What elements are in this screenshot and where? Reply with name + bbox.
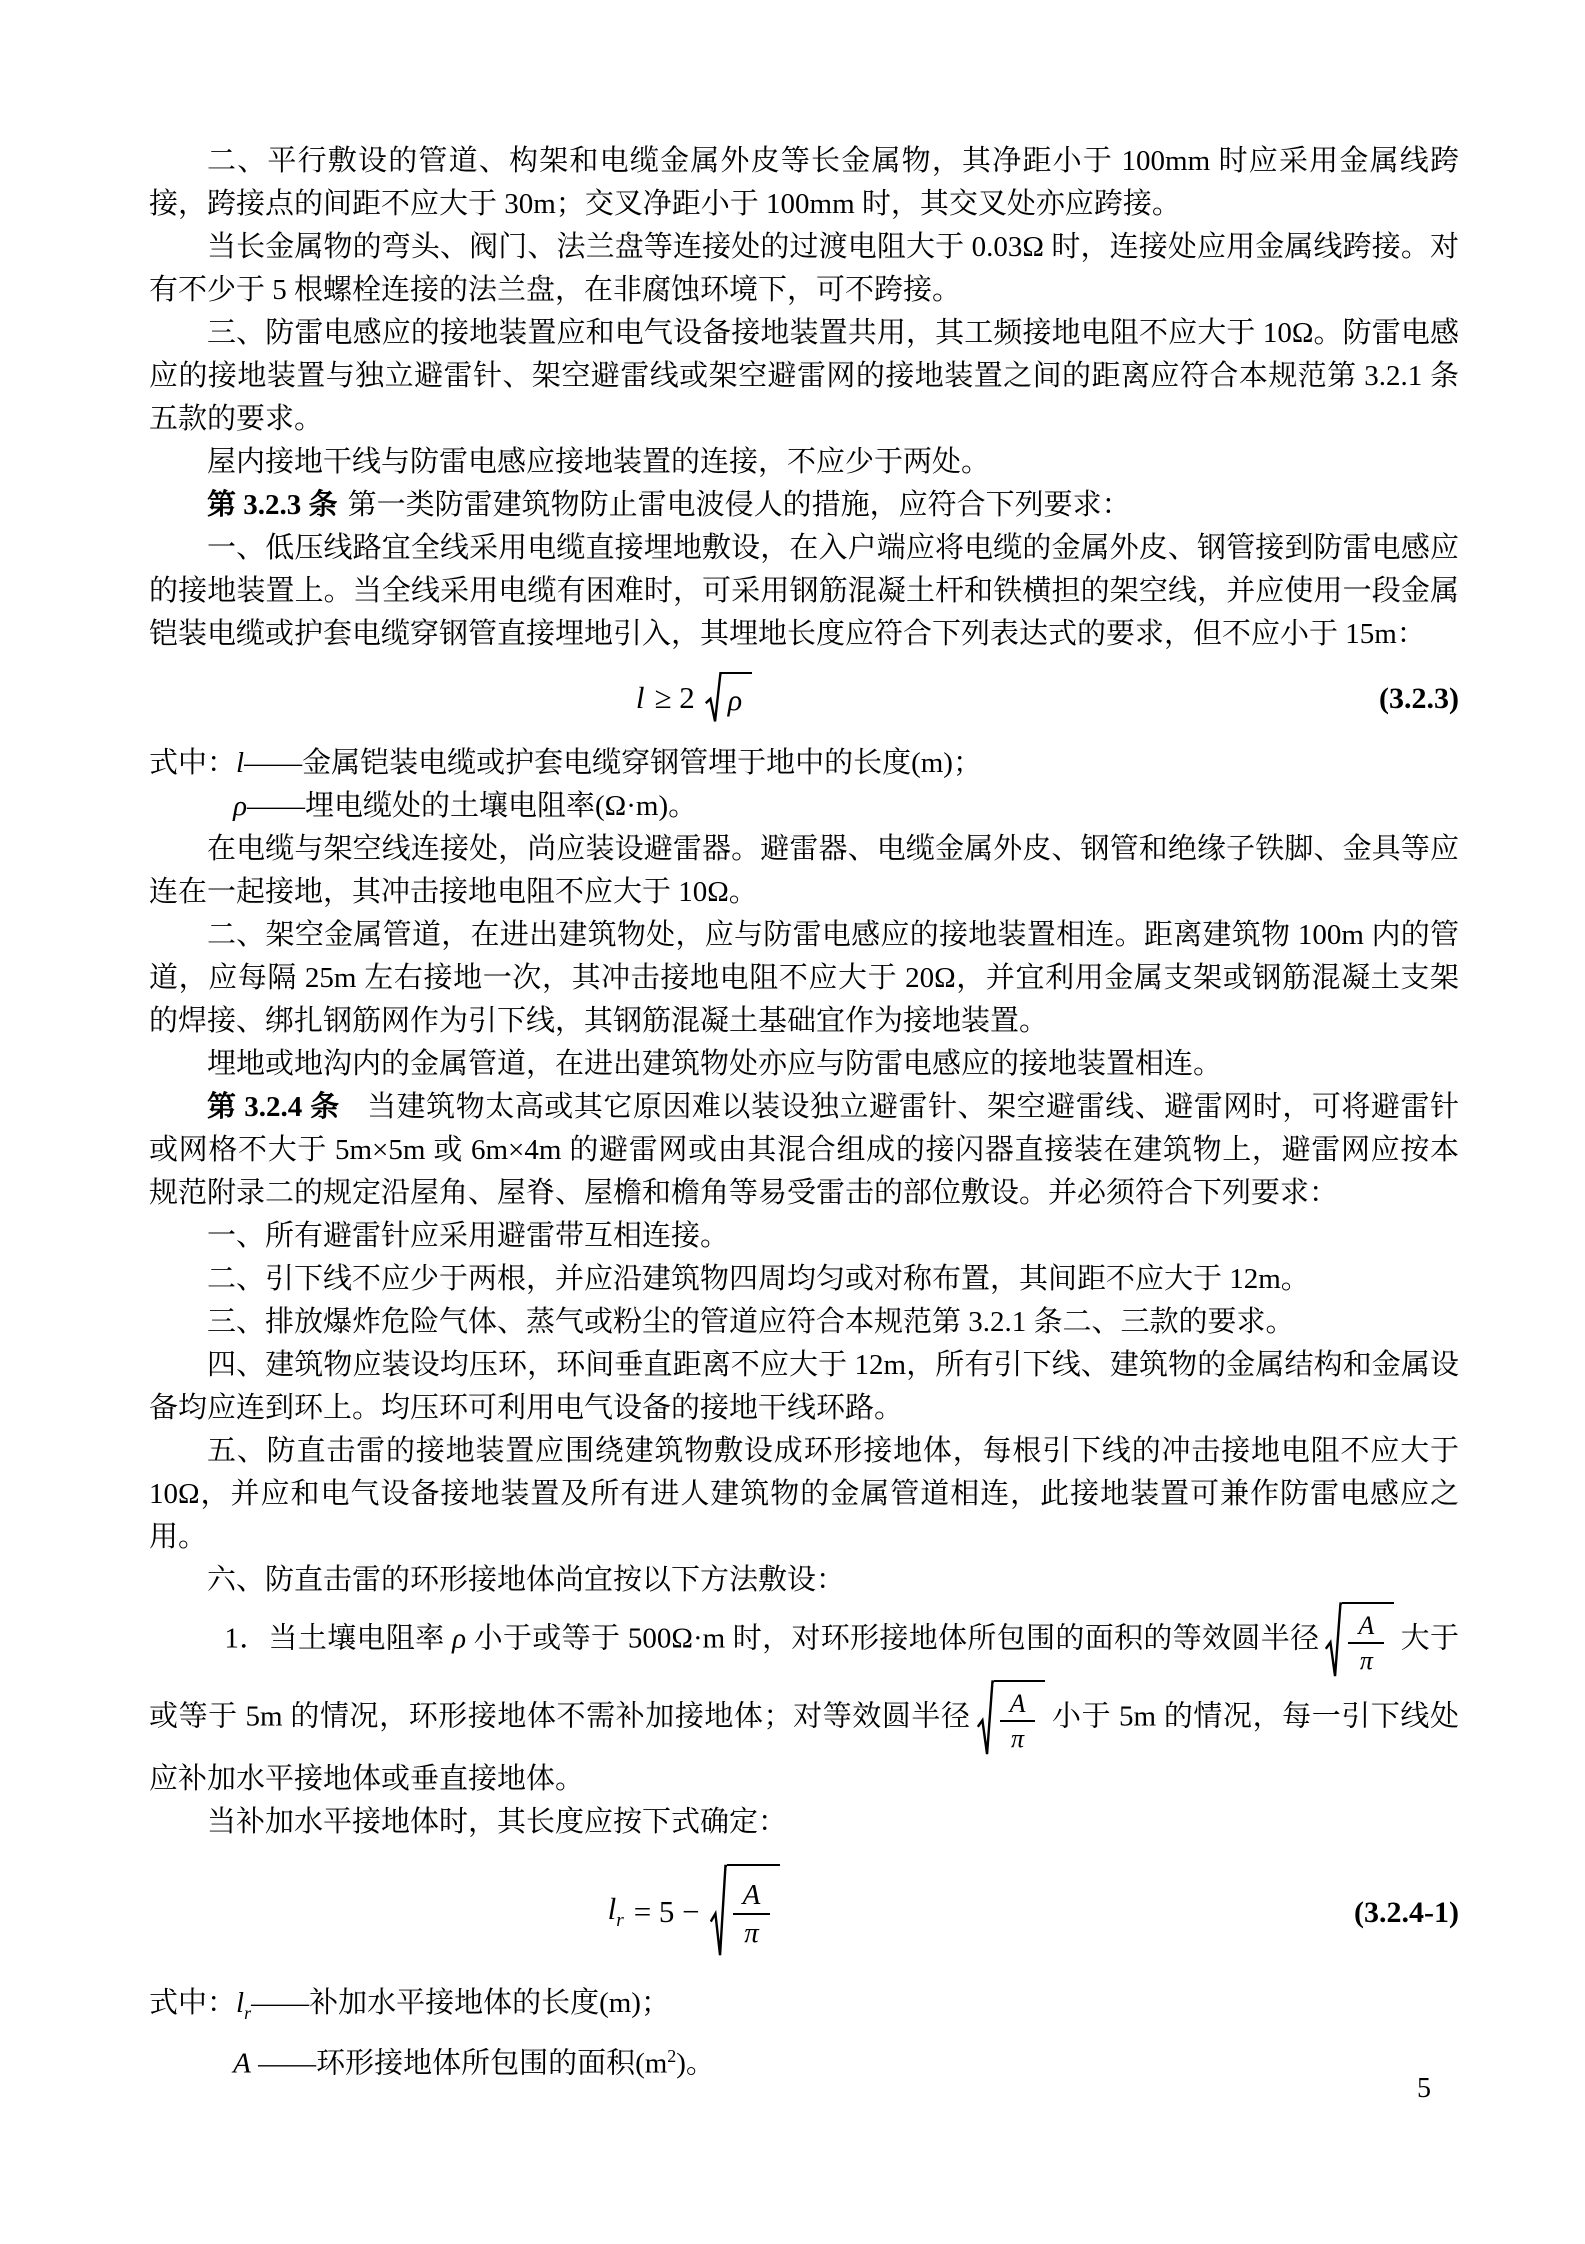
fraction-numerator: A xyxy=(1000,1689,1036,1722)
where-clause-rho: ρ——埋电缆处的土壤电阻率(Ω·m)。 xyxy=(149,785,1459,828)
paragraph-item-1-rods: 一、所有避雷针应采用避雷带互相连接。 xyxy=(149,1215,1459,1258)
radical-sign-icon xyxy=(977,1680,994,1758)
paragraph-long-metal: 当长金属物的弯头、阀门、法兰盘等连接处的过渡电阻大于 0.03Ω 时，连接处应用… xyxy=(149,226,1459,312)
formula-variable-lr: lr xyxy=(608,1892,624,1931)
paragraph-article-3-2-3: 第 3.2.3 条第一类防雷建筑物防止雷电波侵人的措施，应符合下列要求： xyxy=(149,484,1459,527)
fraction-variable-A: A xyxy=(1358,1611,1374,1640)
where-text-A-2: )。 xyxy=(676,2047,715,2079)
formula-operator: = 5 − xyxy=(634,1895,700,1929)
fraction-denominator: π xyxy=(744,1915,759,1949)
formula-number-3-2-4-1: (3.2.4-1) xyxy=(1354,1898,1459,1928)
formula-variable-l: l xyxy=(636,681,645,715)
paragraph-item-5-ring-earth: 五、防直击雷的接地装置应围绕建筑物敷设成环形接地体，每根引下线的冲击接地电阻不应… xyxy=(149,1430,1459,1559)
paragraph-arrester: 在电缆与架空线连接处，尚应装设避雷器。避雷器、电缆金属外皮、钢管和绝缘子铁脚、金… xyxy=(149,828,1459,914)
article-3-2-3-text: 第一类防雷建筑物防止雷电波侵人的措施，应符合下列要求： xyxy=(348,489,1131,521)
sqrt-radical: Aπ xyxy=(710,1864,781,1960)
soil-text-2: 小于或等于 500Ω·m 时，对环形接地体所包围的面积的等效圆半径 xyxy=(466,1623,1319,1655)
formula-3-2-4-1-row: lr = 5 − Aπ (3.2.4-1) xyxy=(149,1844,1459,1982)
where-clause-l: 式中：l——金属铠装电缆或护套电缆穿钢管埋于地中的长度(m)； xyxy=(149,742,1459,785)
formula-variable-l: l xyxy=(608,1891,617,1926)
fraction-numerator: A xyxy=(733,1879,771,1915)
inline-variable-rho: ρ xyxy=(452,1623,466,1655)
paragraph-indoor-ground-line: 屋内接地干线与防雷电感应接地装置的连接，不应少于两处。 xyxy=(149,441,1459,484)
fraction-a-over-pi: Aπ xyxy=(1348,1611,1384,1675)
paragraph-item-1-cable: 一、低压线路宜全线采用电缆直接埋地敷设，在入户端应将电缆的金属外皮、钢管接到防雷… xyxy=(149,527,1459,656)
where-text-rho: ——埋电缆处的土壤电阻率(Ω·m)。 xyxy=(247,790,697,822)
paragraph-item-6-method: 六、防直击雷的环形接地体尚宜按以下方法敷设： xyxy=(149,1559,1459,1602)
sqrt-radical-inline-1: Aπ xyxy=(1325,1602,1394,1680)
paragraph-item-3-exhaust-pipes: 三、排放爆炸危险气体、蒸气或粉尘的管道应符合本规范第 3.2.1 条二、三款的要… xyxy=(149,1301,1459,1344)
document-page: 二、平行敷设的管道、构架和电缆金属外皮等长金属物，其净距小于 100mm 时应采… xyxy=(0,0,1585,2244)
radicand: Aπ xyxy=(994,1680,1046,1758)
radicand: ρ xyxy=(722,672,752,724)
formula-number-3-2-3: (3.2.3) xyxy=(1379,684,1459,714)
where-clause-lr: 式中：lr——补加水平接地体的长度(m)； xyxy=(149,1982,1459,2035)
paragraph-item-4-equalizing-ring: 四、建筑物应装设均压环，环间垂直距离不应大于 12m，所有引下线、建筑物的金属结… xyxy=(149,1344,1459,1430)
sqrt-radical: ρ xyxy=(705,672,752,724)
fraction-a-over-pi: Aπ xyxy=(733,1879,771,1950)
where-text-l: ——金属铠装电缆或护套电缆穿钢管埋于地中的长度(m)； xyxy=(244,747,982,779)
soil-text-1: 1．当土壤电阻率 xyxy=(224,1623,452,1655)
fraction-denominator: π xyxy=(1360,1644,1373,1675)
article-3-2-4-text: 当建筑物太高或其它原因难以装设独立避雷针、架空避雷线、避雷网时，可将避雷针或网格… xyxy=(149,1091,1459,1209)
where-label: 式中： xyxy=(149,747,236,779)
fraction-a-over-pi: Aπ xyxy=(1000,1689,1036,1753)
paragraph-item-2-down-conductors: 二、引下线不应少于两根，并应沿建筑物四周均匀或对称布置，其间距不应大于 12m。 xyxy=(149,1258,1459,1301)
radical-sign-icon xyxy=(1325,1602,1342,1680)
page-number: 5 xyxy=(1417,2072,1431,2106)
formula-3-2-4-1-expression: lr = 5 − Aπ xyxy=(608,1864,781,1960)
article-3-2-4-heading: 第 3.2.4 条 xyxy=(207,1091,340,1123)
paragraph-horizontal-earth: 当补加水平接地体时，其长度应按下式确定： xyxy=(149,1801,1459,1844)
formula-variable-rho: ρ xyxy=(728,684,742,717)
fraction-variable-pi: π xyxy=(1011,1724,1024,1753)
fraction-variable-pi: π xyxy=(744,1917,759,1949)
paragraph-article-3-2-4: 第 3.2.4 条当建筑物太高或其它原因难以装设独立避雷针、架空避雷线、避雷网时… xyxy=(149,1086,1459,1215)
where-clause-A: A ——环形接地体所包围的面积(m2)。 xyxy=(149,2035,1459,2086)
paragraph-buried-pipes: 埋地或地沟内的金属管道，在进出建筑物处亦应与防雷电感应的接地装置相连。 xyxy=(149,1043,1459,1086)
paragraph-item-2-overhead-pipes: 二、架空金属管道，在进出建筑物处，应与防雷电感应的接地装置相连。距离建筑物 10… xyxy=(149,914,1459,1043)
paragraph-item-2-pipes: 二、平行敷设的管道、构架和电缆金属外皮等长金属物，其净距小于 100mm 时应采… xyxy=(149,140,1459,226)
fraction-variable-pi: π xyxy=(1360,1646,1373,1675)
where-variable-l: l xyxy=(236,1987,244,2019)
where-superscript-2: 2 xyxy=(667,2046,676,2066)
where-variable-rho: ρ xyxy=(233,790,247,822)
radicand: Aπ xyxy=(1342,1602,1394,1680)
document-body: 二、平行敷设的管道、构架和电缆金属外皮等长金属物，其净距小于 100mm 时应采… xyxy=(149,140,1459,2085)
where-variable-A: A xyxy=(233,2047,251,2079)
radical-sign-icon xyxy=(705,672,722,724)
fraction-numerator: A xyxy=(1348,1611,1384,1644)
paragraph-item-3-grounding: 三、防雷电感应的接地装置应和电气设备接地装置共用，其工频接地电阻不应大于 10Ω… xyxy=(149,312,1459,441)
formula-subscript-r: r xyxy=(616,1911,623,1932)
formula-operator: ≥ 2 xyxy=(654,681,694,715)
formula-3-2-3-row: l ≥ 2 ρ (3.2.3) xyxy=(149,656,1459,742)
formula-3-2-3-expression: l ≥ 2 ρ xyxy=(636,672,752,724)
radicand: Aπ xyxy=(727,1864,781,1960)
where-variable-l: l xyxy=(236,747,244,779)
article-3-2-3-heading: 第 3.2.3 条 xyxy=(207,489,338,521)
fraction-denominator: π xyxy=(1011,1722,1024,1753)
where-text-lr: ——补加水平接地体的长度(m)； xyxy=(251,1987,670,2019)
sqrt-radical-inline-2: Aπ xyxy=(977,1680,1046,1758)
radical-sign-icon xyxy=(710,1864,727,1960)
paragraph-soil-resistivity: 1．当土壤电阻率 ρ 小于或等于 500Ω·m 时，对环形接地体所包围的面积的等… xyxy=(149,1602,1459,1801)
fraction-variable-A: A xyxy=(743,1879,761,1911)
where-label: 式中： xyxy=(149,1987,236,2019)
fraction-variable-A: A xyxy=(1010,1689,1026,1718)
where-text-A-1: ——环形接地体所包围的面积(m xyxy=(251,2047,667,2079)
